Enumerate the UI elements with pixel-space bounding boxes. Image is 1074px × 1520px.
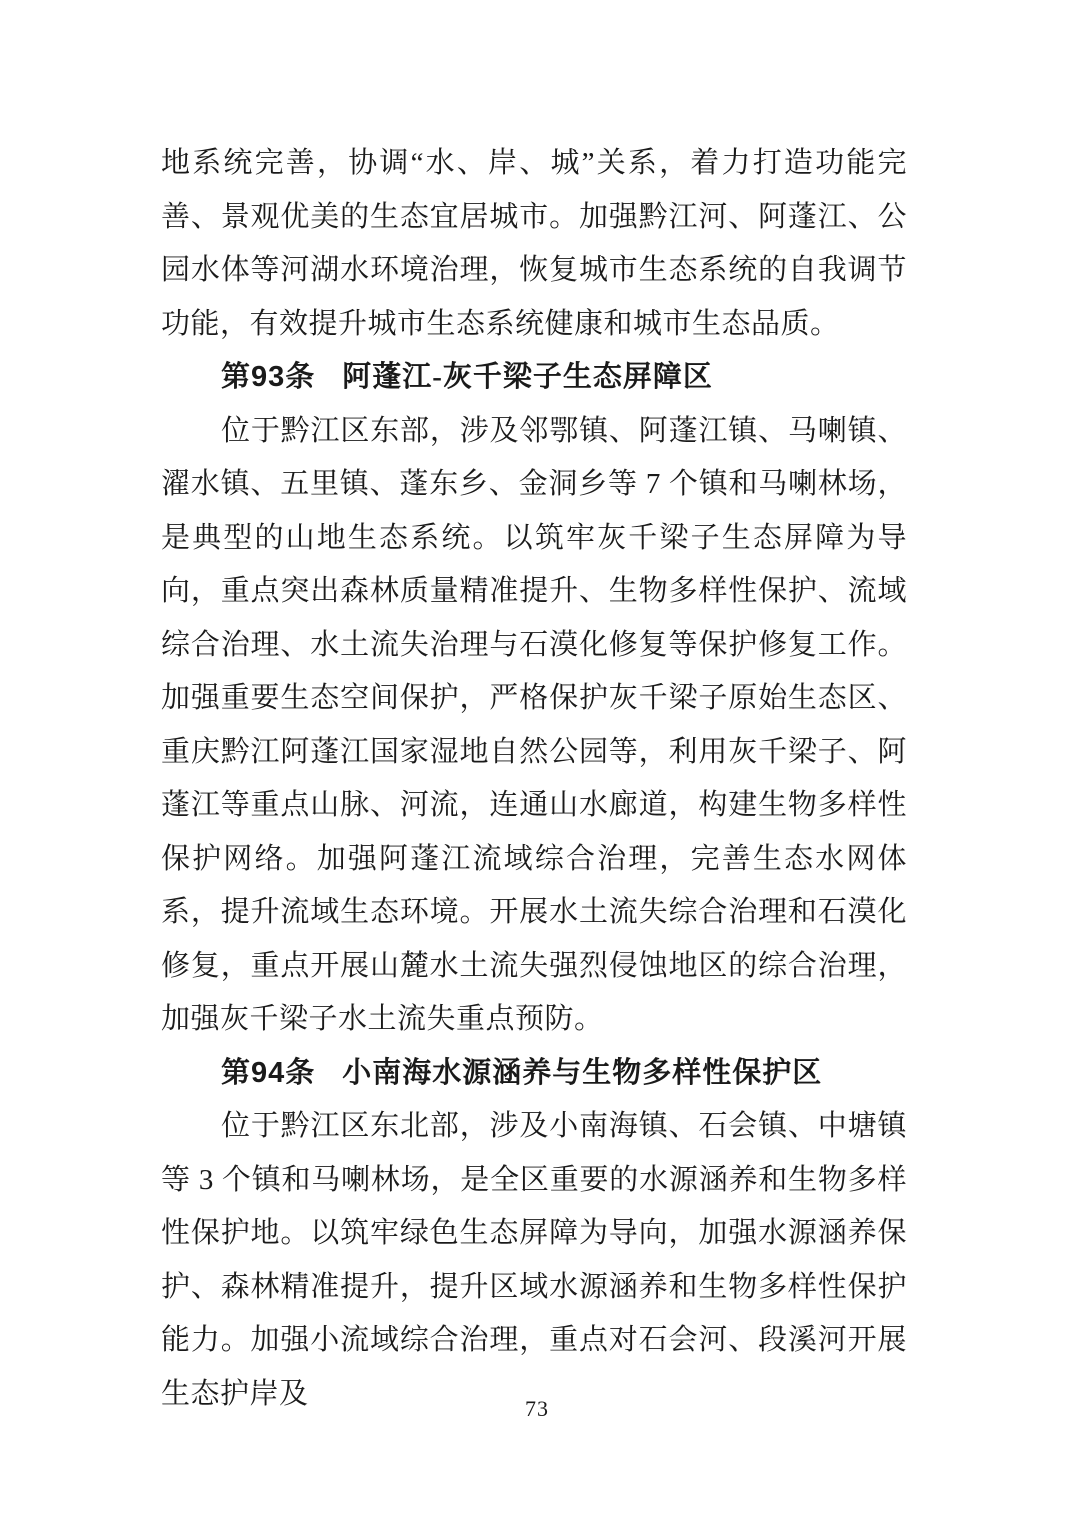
paragraph-continuation: 地系统完善，协调“水、岸、城”关系，着力打造功能完善、景观优美的生态宜居城市。加… [161, 137, 907, 351]
article-94-body: 位于黔江区东北部，涉及小南海镇、石会镇、中塘镇等 3 个镇和马喇林场，是全区重要… [161, 1100, 907, 1421]
page-number: 73 [0, 1396, 1074, 1422]
article-93-title: 阿蓬江-灰千梁子生态屏障区 [342, 361, 713, 393]
article-94-title: 小南海水源涵养与生物多样性保护区 [342, 1057, 822, 1089]
article-93-body: 位于黔江区东部，涉及邻鄂镇、阿蓬江镇、马喇镇、濯水镇、五里镇、蓬东乡、金洞乡等 … [161, 405, 907, 1047]
article-94-label: 第94条 [221, 1057, 315, 1089]
article-93-label: 第93条 [221, 361, 315, 393]
article-94-heading: 第94条小南海水源涵养与生物多样性保护区 [161, 1047, 907, 1101]
document-page: 地系统完善，协调“水、岸、城”关系，着力打造功能完善、景观优美的生态宜居城市。加… [0, 0, 1074, 1520]
article-93-heading: 第93条阿蓬江-灰千梁子生态屏障区 [161, 351, 907, 405]
